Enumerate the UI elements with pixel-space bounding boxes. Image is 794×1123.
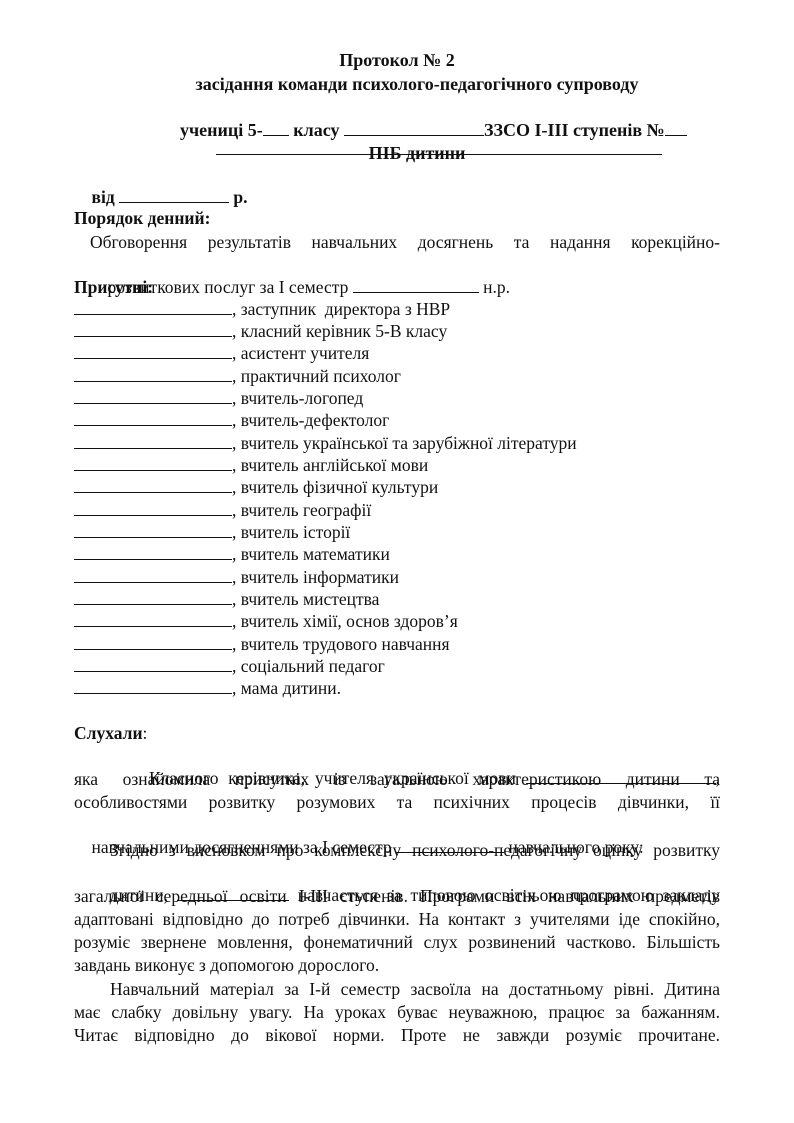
attendee-row: , практичний психолог [74,365,401,387]
heard-p1-line-3: особливостями розвитку розумових та псих… [74,791,720,813]
attendee-row: , вчитель інформатики [74,566,399,588]
attendee-role: , вчитель української та зарубіжної літе… [232,433,577,453]
school-number-blank[interactable] [665,121,687,136]
attendee-name-blank[interactable] [74,411,232,426]
child-name-caption: ПІБ дитини [20,142,794,164]
attendee-name-blank[interactable] [74,657,232,672]
attendee-name-blank[interactable] [74,389,232,404]
heard-p3-line-3: Читає відповідно до вікової норми. Проте… [74,1024,720,1046]
attendee-role: , класний керівник 5-В класу [232,321,447,341]
attendee-name-blank[interactable] [74,612,232,627]
attendee-role: , вчитель-логопед [232,388,363,408]
heard-p2-line-6: завдань виконує з допомогою дорослого. [74,954,379,976]
attendee-row: , мама дитини. [74,677,341,699]
attendee-role: , вчитель трудового навчання [232,634,450,654]
attendee-name-blank[interactable] [74,635,232,650]
attendee-name-blank[interactable] [74,434,232,449]
attendee-name-blank[interactable] [74,590,232,605]
attendee-name-blank[interactable] [74,300,232,315]
document-page: Протокол № 2 засідання команди психолого… [0,0,794,1123]
attendee-row: , вчитель мистецтва [74,588,379,610]
attendee-row: , вчитель української та зарубіжної літе… [74,432,577,454]
attendee-name-blank[interactable] [74,568,232,583]
attendee-role: , вчитель інформатики [232,567,399,587]
attendee-name-blank[interactable] [74,367,232,382]
attendee-row: , асистент учителя [74,342,369,364]
attendee-role: , вчитель-дефектолог [232,410,389,430]
attendee-name-blank[interactable] [74,523,232,538]
heard-heading-colon: : [143,723,148,743]
heard-p2-line-4: адаптовані відповідно до потреб дівчинки… [74,908,720,930]
attendee-name-blank[interactable] [74,545,232,560]
attendee-row: , вчитель математики [74,543,390,565]
heard-p1-line-2: яка ознайомила присутніх із загальною ха… [74,768,720,790]
attendee-row: , вчитель-логопед [74,387,363,409]
attendee-row: , вчитель фізичної культури [74,476,438,498]
date-suffix: р. [229,187,247,207]
attendee-row: , вчитель історії [74,521,350,543]
document-subtitle: засідання команди психолого-педагогічног… [20,73,794,95]
heard-p2-line-1: Згідно з висновком про комплексну психол… [110,839,720,861]
attendee-role: , вчитель англійської мови [232,455,428,475]
date-blank[interactable] [119,188,229,203]
heard-p3-line-2: має слабку довільну увагу. На уроках був… [74,1001,720,1023]
attendee-name-blank[interactable] [74,501,232,516]
attendee-role: , вчитель фізичної культури [232,477,438,497]
heard-p2-line-5: розуміє звернене мовлення, фонематичний … [74,931,720,953]
attendee-name-blank[interactable] [74,322,232,337]
attendee-role: , вчитель географії [232,500,371,520]
heard-heading-text: Слухали [74,723,143,743]
academic-year-suffix: н.р. [479,277,510,297]
attendee-row: , вчитель-дефектолог [74,409,389,431]
attendee-row: , заступник директора з НВР [74,298,450,320]
attendee-role: , асистент учителя [232,343,369,363]
attendee-row: , вчитель трудового навчання [74,633,450,655]
heard-p3-line-1: Навчальний матеріал за І-й семестр засво… [110,978,720,1000]
attendee-role: , практичний психолог [232,366,401,386]
attendee-row: , вчитель хімії, основ здоров’я [74,610,458,632]
attendees-heading: Присутні: [74,276,153,298]
attendee-row: , соціальний педагог [74,655,385,677]
attendee-role: , вчитель хімії, основ здоров’я [232,611,458,631]
date-prefix: від [92,187,120,207]
academic-year-blank[interactable] [353,278,479,293]
attendee-role: , вчитель історії [232,522,350,542]
agenda-text-line-1: Обговорення результатів навчальних досяг… [90,231,720,253]
document-title: Протокол № 2 [0,49,794,71]
attendee-role: , мама дитини. [232,678,341,698]
attendee-row: , вчитель англійської мови [74,454,428,476]
attendee-role: , вчитель мистецтва [232,589,379,609]
attendee-name-blank[interactable] [74,344,232,359]
heard-p2-line-3: загальної середньої освіти І-ІІІ ступені… [74,885,720,907]
attendee-row: , вчитель географії [74,499,371,521]
attendee-name-blank[interactable] [74,679,232,694]
attendee-row: , класний керівник 5-В класу [74,320,447,342]
agenda-heading: Порядок денний: [74,207,210,229]
attendee-name-blank[interactable] [74,478,232,493]
attendee-role: , вчитель математики [232,544,390,564]
attendee-role: , заступник директора з НВР [232,299,450,319]
attendee-name-blank[interactable] [74,456,232,471]
heard-heading: Слухали: [74,722,147,744]
attendee-role: , соціальний педагог [232,656,385,676]
